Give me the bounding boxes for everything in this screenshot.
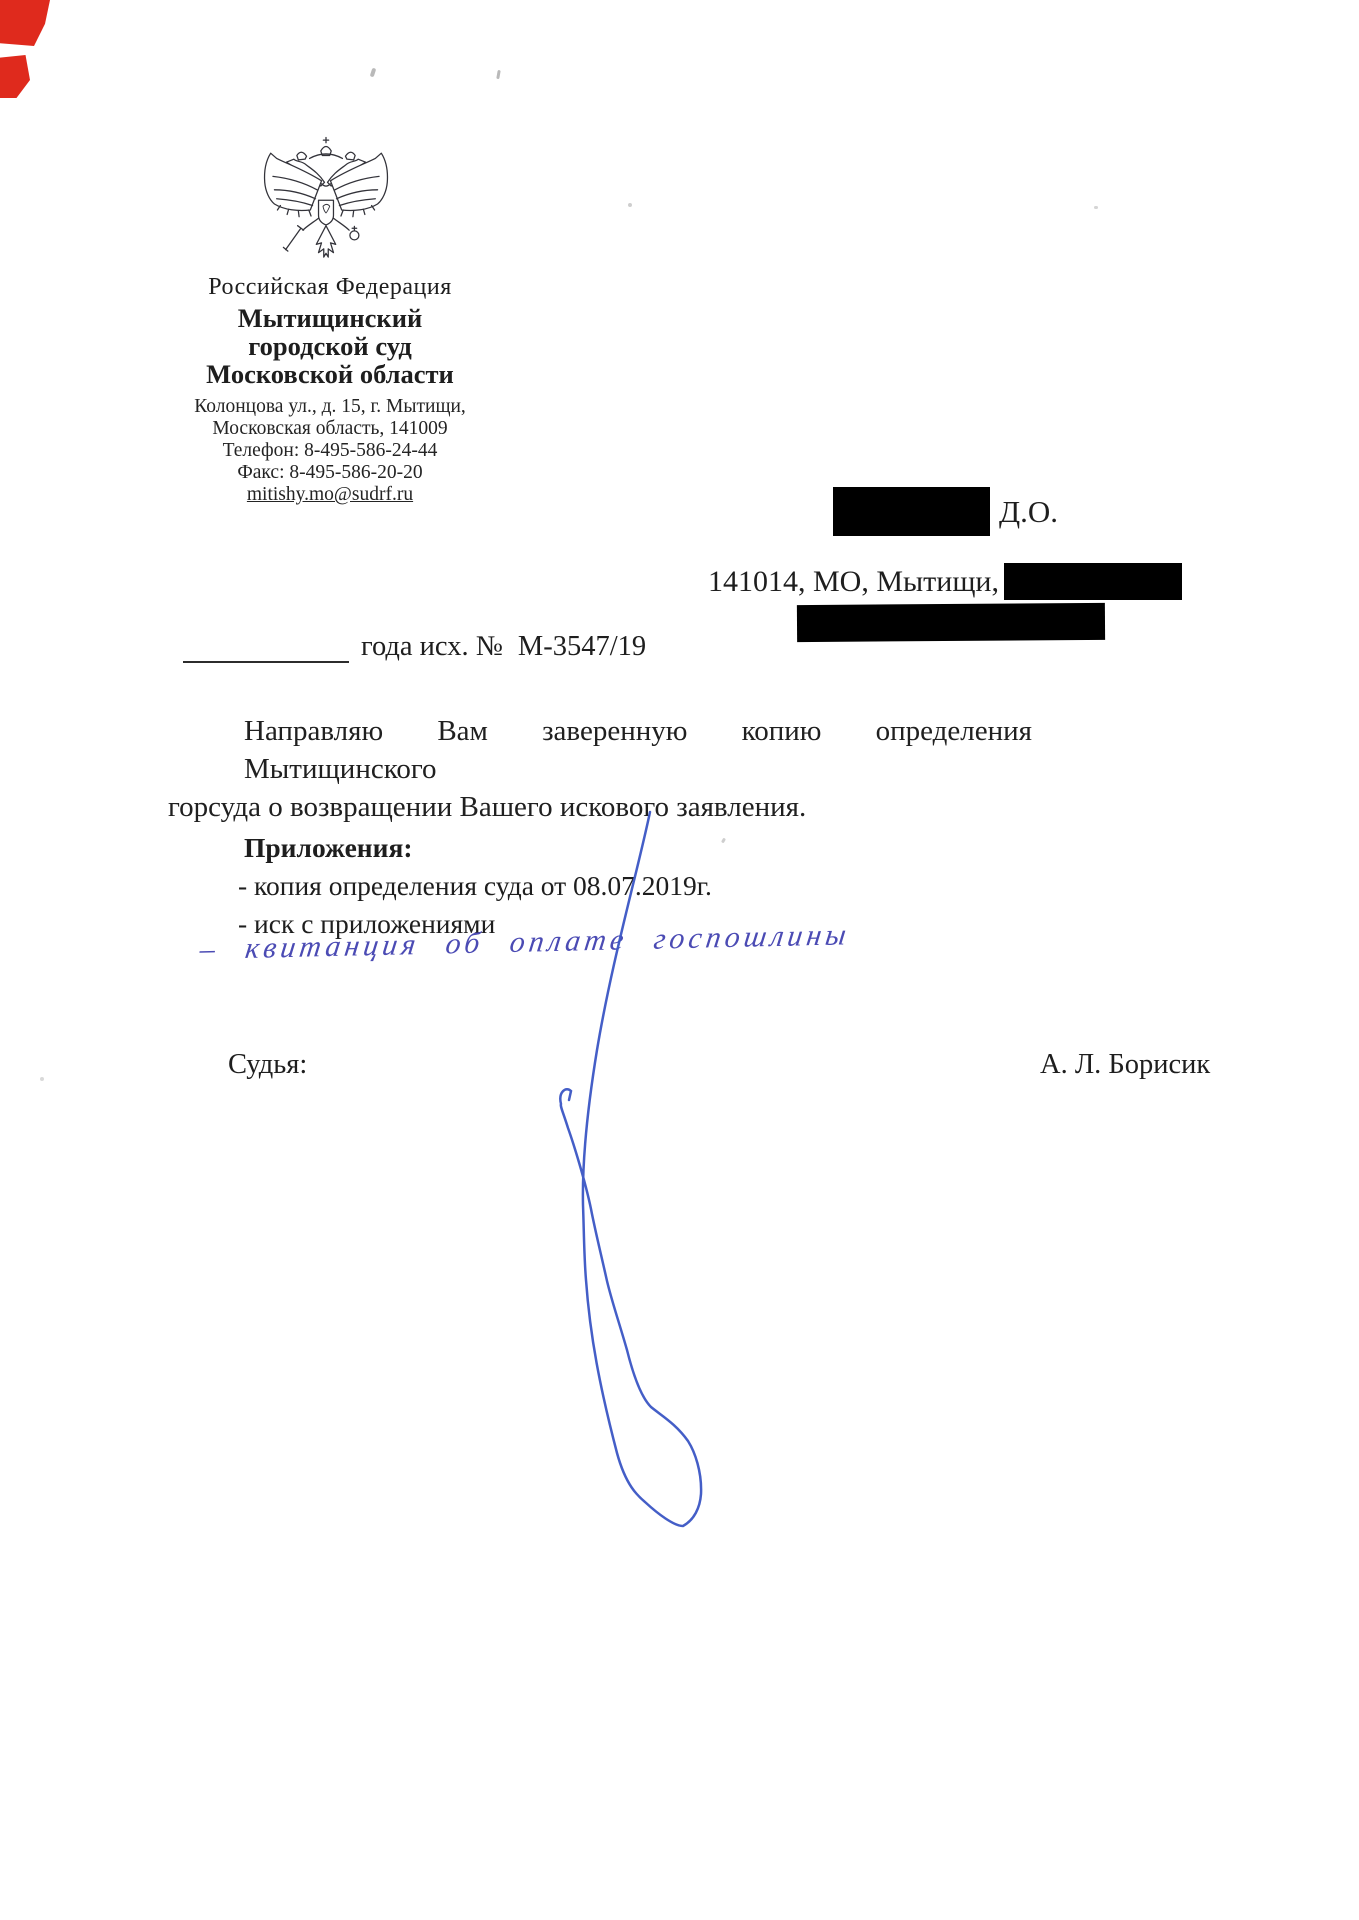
scan-speck [370, 68, 377, 78]
court-email: mitishy.mo@sudrf.ru [160, 484, 500, 506]
court-contacts: Колонцова ул., д. 15, г. Мытищи, Московс… [160, 396, 500, 506]
scan-speck [1094, 206, 1098, 209]
judge-label: Судья: [228, 1049, 307, 1081]
scan-speck [721, 838, 726, 844]
court-region: Московская область, 141009 [160, 418, 500, 440]
scan-speck [496, 70, 501, 79]
recipient-address-row: 141014, МО, Мытищи, [708, 563, 1182, 600]
court-phone: Телефон: 8-495-586-24-44 [160, 440, 500, 462]
court-street: Колонцова ул., д. 15, г. Мытищи, [160, 396, 500, 418]
judge-name: А. Л. Борисик [1040, 1049, 1210, 1081]
country-label: Российская Федерация [168, 274, 492, 301]
reference-label: года исх. № [361, 631, 503, 663]
court-fax: Факс: 8-495-586-20-20 [160, 462, 500, 484]
redaction-bar [833, 487, 990, 536]
court-name-line: городской суд [168, 332, 492, 360]
redaction-bar [797, 603, 1105, 642]
red-corner-mark [0, 0, 50, 46]
reference-row: года исх. № М-3547/19 [183, 631, 646, 663]
date-blank-line [183, 634, 349, 663]
attachments-title: Приложения: [244, 832, 413, 864]
coat-of-arms-icon [251, 136, 401, 278]
court-name-line: Московской области [168, 360, 492, 388]
judge-signature [400, 790, 720, 1550]
court-name-line: Мытищинский [168, 304, 492, 332]
red-corner-mark [0, 55, 30, 98]
scan-speck [40, 1077, 44, 1081]
recipient-initials: Д.О. [999, 494, 1058, 530]
redaction-bar [1004, 563, 1182, 600]
reference-number: М-3547/19 [518, 631, 646, 663]
court-name: Мытищинский городской суд Московской обл… [168, 304, 492, 388]
scanned-court-letter: Российская Федерация Мытищинский городск… [0, 0, 1359, 1920]
recipient-address: 141014, МО, Мытищи, [708, 565, 999, 599]
recipient-name-row: Д.О. [833, 487, 1058, 536]
body-line: Направляю Вам заверенную копию определен… [168, 712, 1032, 788]
scan-speck [628, 203, 632, 207]
court-header: Российская Федерация Мытищинский городск… [168, 274, 492, 388]
